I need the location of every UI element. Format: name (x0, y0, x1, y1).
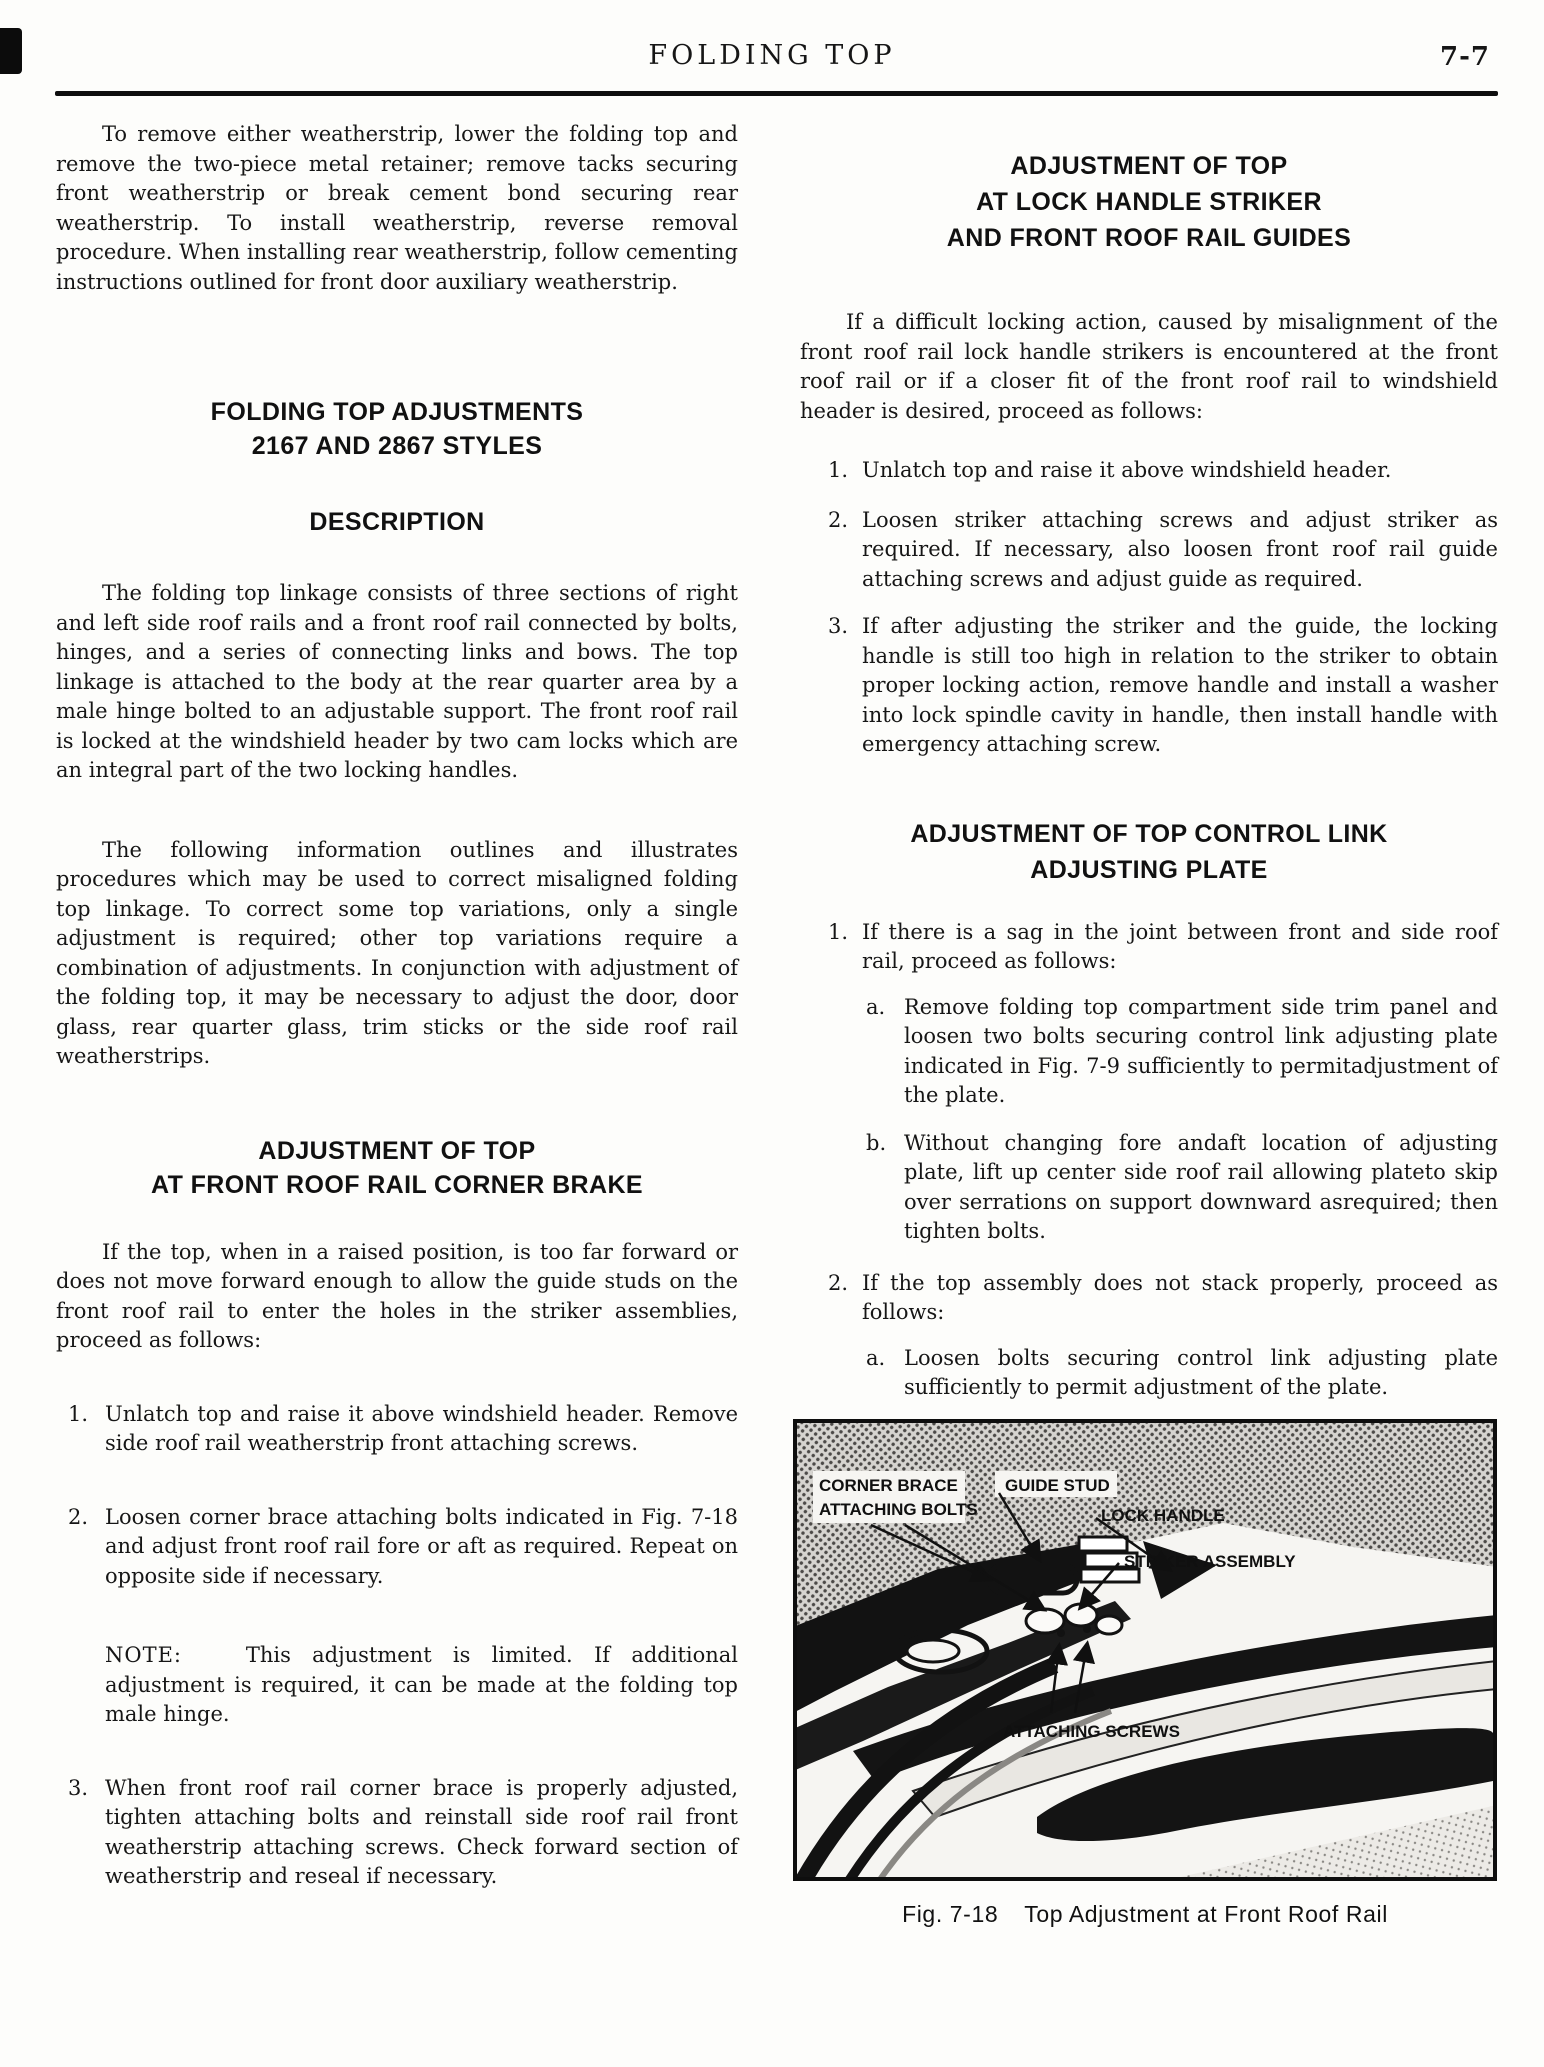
note-label: NOTE: (105, 1643, 182, 1667)
sub-item-text: Loosen bolts securing control link adjus… (904, 1344, 1498, 1403)
list-item-number: 2. (68, 1503, 105, 1592)
list-item: 2. Loosen corner brace attaching bolts i… (56, 1503, 738, 1592)
sub-item-text: Remove folding top compartment side trim… (904, 993, 1498, 1111)
sub-list-item: b. Without changing fore andaft location… (866, 1129, 1498, 1247)
heading-line: AND FRONT ROOF RAIL GUIDES (800, 220, 1498, 256)
list-item: 2. Loosen striker attaching screws and a… (800, 506, 1498, 595)
list-item-text: When front roof rail corner brace is pro… (105, 1774, 738, 1892)
list-item-text: Loosen corner brace attaching bolts indi… (105, 1503, 738, 1592)
figure-caption-title: Top Adjustment at Front Roof Rail (1024, 1901, 1388, 1927)
list-item: 1. Unlatch top and raise it above windsh… (56, 1400, 738, 1459)
list-item-number: 1. (828, 918, 862, 977)
list-item-text: Unlatch top and raise it above windshiel… (862, 456, 1498, 486)
list-item-number: 3. (828, 612, 862, 760)
list-item-text: Loosen striker attaching screws and adju… (862, 506, 1498, 595)
list-item-number: 2. (828, 506, 862, 595)
folding-top-adjustments-heading: FOLDING TOP ADJUSTMENTS 2167 AND 2867 ST… (56, 395, 738, 463)
heading-line: ADJUSTING PLATE (800, 852, 1498, 888)
figure-photo: CORNER BRACE ATTACHING BOLTS GUIDE STUD … (793, 1419, 1497, 1881)
right-column: ADJUSTMENT OF TOP AT LOCK HANDLE STRIKER… (800, 148, 1498, 1928)
corner-brake-intro: If the top, when in a raised position, i… (56, 1238, 738, 1356)
corner-brake-heading: ADJUSTMENT OF TOP AT FRONT ROOF RAIL COR… (56, 1134, 738, 1202)
header-rule (55, 91, 1498, 96)
list-item-number: 2. (828, 1269, 862, 1328)
corner-brace-label-line2: ATTACHING BOLTS (819, 1500, 978, 1519)
note-block: NOTE: This adjustment is limited. If add… (105, 1641, 738, 1730)
list-item-number: 1. (68, 1400, 105, 1459)
figure-caption: Fig. 7-18Top Adjustment at Front Roof Ra… (793, 1901, 1497, 1928)
list-item-text: If after adjusting the striker and the g… (862, 612, 1498, 760)
description-paragraph-2: The following information outlines and i… (56, 836, 738, 1072)
attaching-screw-dot (1083, 1625, 1091, 1633)
sub-item-letter: b. (866, 1129, 904, 1247)
lock-handle-striker-heading: ADJUSTMENT OF TOP AT LOCK HANDLE STRIKER… (800, 148, 1498, 256)
list-item: 3. When front roof rail corner brace is … (56, 1774, 738, 1892)
corner-brace-label-line1: CORNER BRACE (819, 1476, 958, 1495)
striker-part (1026, 1609, 1064, 1633)
striker-assembly-label: STRIKER ASSEMBLY (1124, 1552, 1296, 1571)
note-text: This adjustment is limited. If additiona… (105, 1643, 738, 1726)
striker-part (1065, 1604, 1097, 1626)
list-item-text: Unlatch top and raise it above windshiel… (105, 1400, 738, 1459)
rail-end-inner (907, 1640, 959, 1662)
attaching-screw-dot (1057, 1629, 1065, 1637)
list-item: 2. If the top assembly does not stack pr… (800, 1269, 1498, 1328)
control-link-heading: ADJUSTMENT OF TOP CONTROL LINK ADJUSTING… (800, 816, 1498, 888)
list-item-text: If the top assembly does not stack prope… (862, 1269, 1498, 1328)
description-heading: DESCRIPTION (56, 505, 738, 539)
lock-handle-label: LOCK HANDLE (1101, 1506, 1225, 1525)
striker-part (1096, 1616, 1122, 1634)
striker-intro: If a difficult locking action, caused by… (800, 308, 1498, 426)
description-paragraph-1: The folding top linkage consists of thre… (56, 579, 738, 786)
page-title: FOLDING TOP (0, 40, 1544, 71)
heading-line: AT LOCK HANDLE STRIKER (800, 184, 1498, 220)
sub-list-item: a. Remove folding top compartment side t… (866, 993, 1498, 1111)
list-item-text: If there is a sag in the joint between f… (862, 918, 1498, 977)
heading-line: AT FRONT ROOF RAIL CORNER BRAKE (56, 1168, 738, 1202)
list-item-number: 1. (828, 456, 862, 486)
heading-line: 2167 AND 2867 STYLES (56, 429, 738, 463)
heading-line: ADJUSTMENT OF TOP (56, 1134, 738, 1168)
heading-line: ADJUSTMENT OF TOP CONTROL LINK (800, 816, 1498, 852)
list-item-number: 3. (68, 1774, 105, 1892)
sub-item-letter: a. (866, 1344, 904, 1403)
guide-stud-label: GUIDE STUD (1005, 1476, 1110, 1495)
figure-7-18: CORNER BRACE ATTACHING BOLTS GUIDE STUD … (793, 1419, 1497, 1928)
sub-item-text: Without changing fore andaft location of… (904, 1129, 1498, 1247)
page-number: 7-7 (1440, 42, 1490, 72)
heading-line: FOLDING TOP ADJUSTMENTS (56, 395, 738, 429)
manual-page: FOLDING TOP 7-7 To remove either weather… (0, 0, 1544, 2067)
left-column: To remove either weatherstrip, lower the… (56, 120, 738, 1892)
weatherstrip-paragraph: To remove either weatherstrip, lower the… (56, 120, 738, 297)
sub-list-item: a. Loosen bolts securing control link ad… (866, 1344, 1498, 1403)
heading-line: ADJUSTMENT OF TOP (800, 148, 1498, 184)
figure-caption-number: Fig. 7-18 (902, 1901, 998, 1927)
list-item: 3. If after adjusting the striker and th… (800, 612, 1498, 760)
list-item: 1. Unlatch top and raise it above windsh… (800, 456, 1498, 486)
attaching-screws-label: ATTACHING SCREWS (1003, 1722, 1180, 1741)
guide-stud-part (1079, 1537, 1127, 1551)
sub-item-letter: a. (866, 993, 904, 1111)
list-item: 1. If there is a sag in the joint betwee… (800, 918, 1498, 977)
